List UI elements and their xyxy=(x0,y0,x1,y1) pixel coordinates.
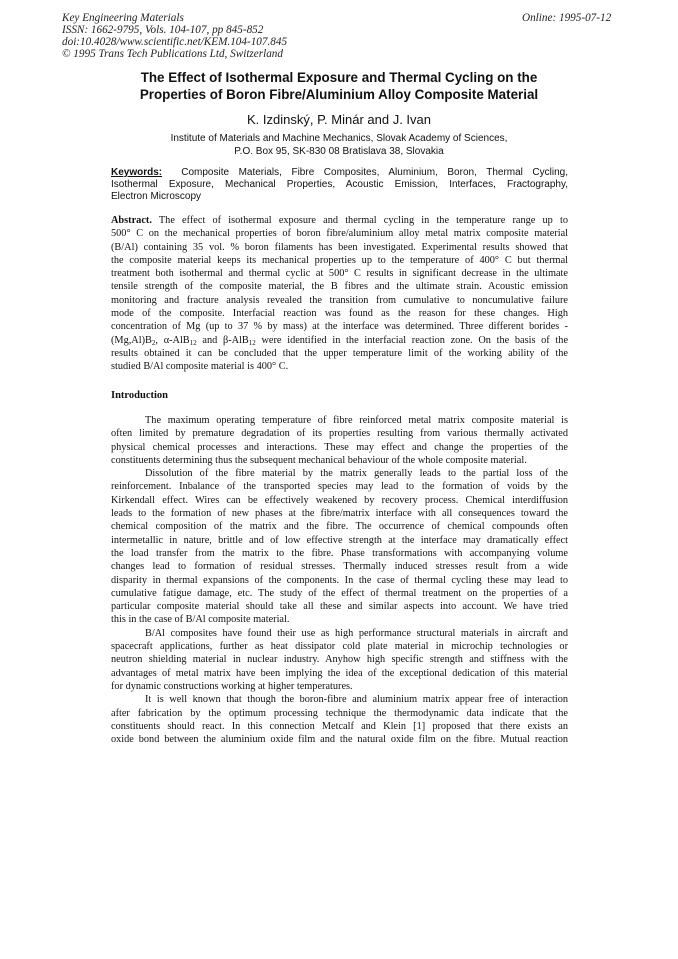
affiliation-line-2: P.O. Box 95, SK-830 08 Bratislava 38, Sl… xyxy=(100,146,578,159)
abstract-line: 500° C on the mechanical properties of b… xyxy=(111,227,568,240)
abstract-label: Abstract. xyxy=(111,215,152,226)
journal-name: Key Engineering Materials xyxy=(62,12,287,24)
doi-line: doi:10.4028/www.scientific.net/KEM.104-1… xyxy=(62,36,287,48)
abstract-line: tensile strength of the composite materi… xyxy=(111,280,568,293)
affiliation: Institute of Materials and Machine Mecha… xyxy=(100,133,578,158)
paragraph-line: cumulative fatigue damage, etc. The stud… xyxy=(111,587,568,600)
paragraph-line: the load transfer from the matrix to the… xyxy=(111,547,568,560)
boride-2: α-AlB12 xyxy=(164,335,197,346)
keywords-label: Keywords: xyxy=(111,167,162,178)
keywords-line-3: Electron Microscopy xyxy=(111,191,568,203)
abstract: Abstract. The effect of isothermal expos… xyxy=(111,214,568,374)
paragraph-line: disparity in thermal expansions of the c… xyxy=(111,574,568,587)
paragraph-line: constituents should react. In this conne… xyxy=(111,720,568,733)
section-heading-introduction: Introduction xyxy=(111,390,168,401)
keywords-block: Keywords: Composite Materials, Fibre Com… xyxy=(111,167,568,204)
issn-line: ISSN: 1662-9795, Vols. 104-107, pp 845-8… xyxy=(62,24,287,36)
keywords-line-2: Isothermal Exposure, Mechanical Properti… xyxy=(111,179,568,191)
copyright-line: © 1995 Trans Tech Publications Ltd, Swit… xyxy=(62,48,287,60)
introduction-body: The maximum operating temperature of fib… xyxy=(111,414,568,746)
paragraph-line: reinforcement. Inbalance of the transpor… xyxy=(111,480,568,493)
paper-title: The Effect of Isothermal Exposure and Th… xyxy=(100,70,578,103)
abstract-line: monitoring and fracture analysis reveale… xyxy=(111,294,568,307)
paragraph-line: intermetallic in nature, brittle and of … xyxy=(111,534,568,547)
title-line-1: The Effect of Isothermal Exposure and Th… xyxy=(100,70,578,87)
paragraph-line: changes lead to formation of residual st… xyxy=(111,560,568,573)
abstract-line: the composite material keeps its mechani… xyxy=(111,254,568,267)
boride-1: (Mg,Al)B2 xyxy=(111,335,155,346)
paragraph-line: leads to the formation of new phases at … xyxy=(111,507,568,520)
online-date: Online: 1995-07-12 xyxy=(522,12,611,24)
abstract-line: treatment both isothermal and thermal cy… xyxy=(111,267,568,280)
paragraph-line: Dissolution of the fibre material by the… xyxy=(111,467,568,480)
paragraph-line: oxide bond between the aluminium oxide f… xyxy=(111,733,568,746)
boride-3: β-AlB12 xyxy=(223,335,256,346)
paragraph-line: after fabrication by the optimum process… xyxy=(111,707,568,720)
paragraph-line: particular composite material should tak… xyxy=(111,600,568,613)
paragraph-line: It is well known that though the boron-f… xyxy=(111,693,568,706)
paragraph-line: chemical composition of the matrix and t… xyxy=(111,520,568,533)
paragraph-line: spacecraft applications, further as heat… xyxy=(111,640,568,653)
paragraph-line: Kirkendall effect. Wires can be effectiv… xyxy=(111,494,568,507)
abstract-line: Abstract. The effect of isothermal expos… xyxy=(111,214,568,227)
abstract-line: (B/Al) containing 35 vol. % boron filame… xyxy=(111,241,568,254)
paragraph-line: physical chemical processes and interact… xyxy=(111,441,568,454)
keywords-line-1: Keywords: Composite Materials, Fibre Com… xyxy=(111,167,568,179)
title-line-2: Properties of Boron Fibre/Aluminium Allo… xyxy=(100,87,578,104)
abstract-line: studied B/Al composite material is 400° … xyxy=(111,360,568,373)
publication-info: Key Engineering Materials ISSN: 1662-979… xyxy=(62,12,287,60)
abstract-line: results obtained it can be concluded tha… xyxy=(111,347,568,360)
paragraph-line: often limited by premature degradation o… xyxy=(111,427,568,440)
abstract-line: concentration of Mg (up to 37 % by mass)… xyxy=(111,320,568,333)
paragraph-line: B/Al composites have found their use as … xyxy=(111,627,568,640)
keywords-text-1: Composite Materials, Fibre Composites, A… xyxy=(181,167,568,178)
paragraph-line: neutron shielding material in nuclear in… xyxy=(111,653,568,666)
affiliation-line-1: Institute of Materials and Machine Mecha… xyxy=(100,133,578,146)
paragraph-line: advantages of metal matrix have been imp… xyxy=(111,667,568,680)
authors: K. Izdinský, P. Minár and J. Ivan xyxy=(100,112,578,128)
abstract-line-borides: (Mg,Al)B2, α-AlB12 and β-AlB12 were iden… xyxy=(111,334,568,347)
abstract-line: mode of the composite. Interfacial react… xyxy=(111,307,568,320)
paragraph-line: The maximum operating temperature of fib… xyxy=(111,414,568,427)
paragraph-line: constituents determining thus the subseq… xyxy=(111,454,568,467)
paragraph-line: for dynamic constructions working at hig… xyxy=(111,680,568,693)
paragraph-line: this in the case of B/Al composite mater… xyxy=(111,613,568,626)
